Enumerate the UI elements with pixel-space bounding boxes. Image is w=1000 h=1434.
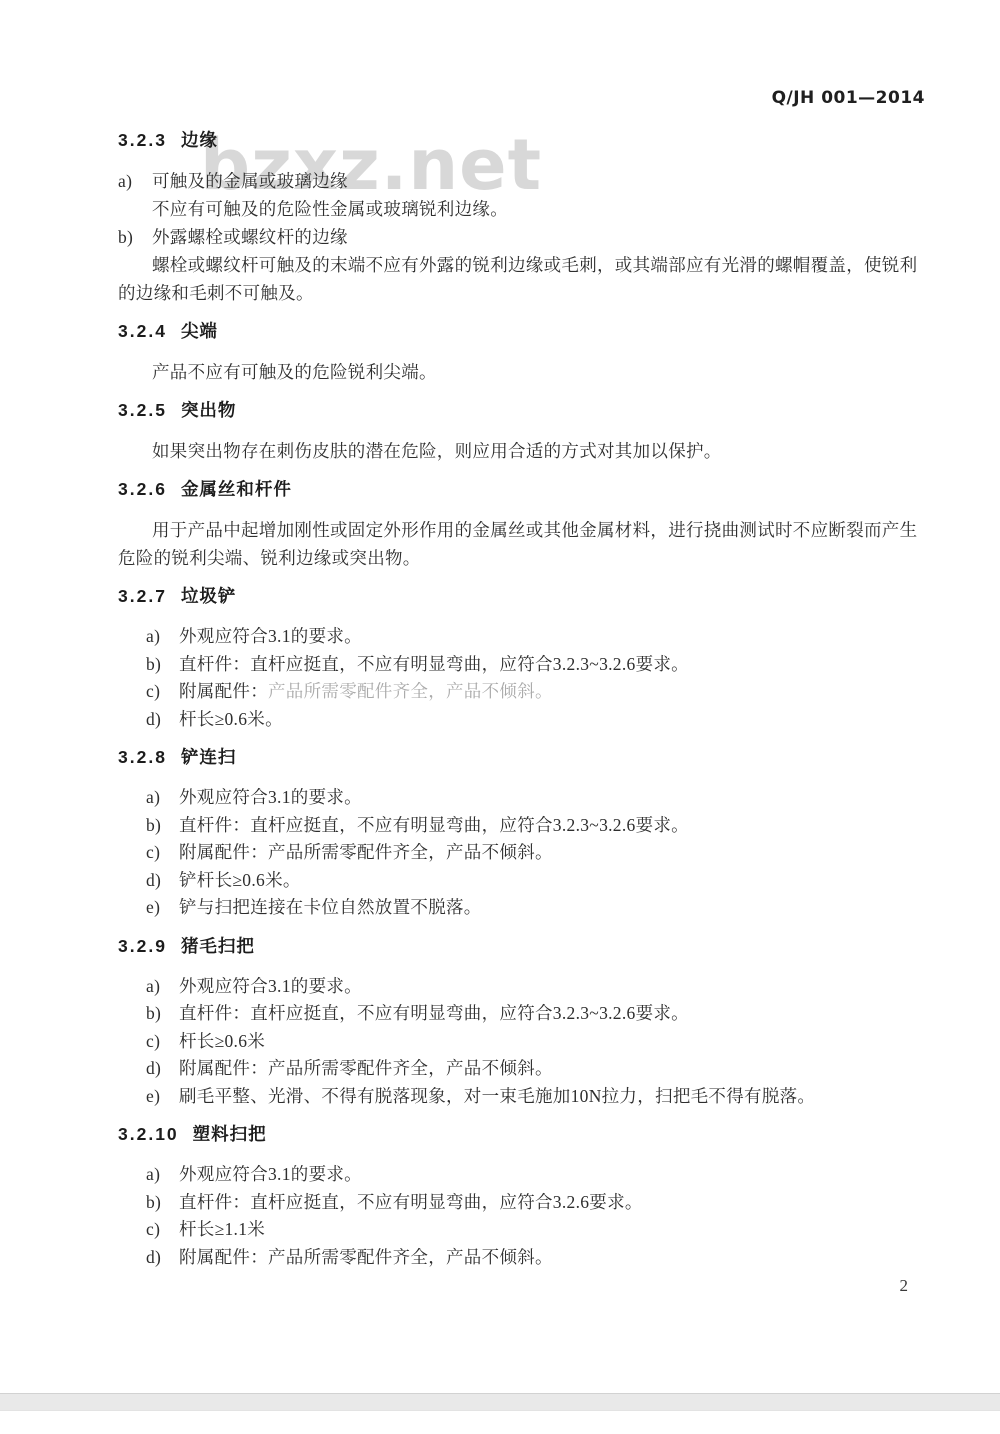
list-item: c)杆长≥1.1米 bbox=[146, 1216, 960, 1244]
page-number: 2 bbox=[900, 1276, 909, 1296]
section-heading: 3.2.9猪毛扫把 bbox=[118, 934, 1000, 958]
item-text: 附属配件：产品所需零配件齐全，产品不倾斜。 bbox=[179, 1058, 553, 1078]
item-text: 外观应符合3.1的要求。 bbox=[179, 787, 362, 807]
item-text: 外观应符合3.1的要求。 bbox=[179, 626, 362, 646]
list-item: c)附属配件：产品所需零配件齐全，产品不倾斜。 bbox=[146, 678, 960, 706]
paragraph: 产品不应有可触及的危险锐利尖端。 bbox=[118, 358, 934, 386]
section-title: 突出物 bbox=[181, 400, 237, 420]
item-text: 外观应符合3.1的要求。 bbox=[179, 976, 362, 996]
section: 3.2.8铲连扫a)外观应符合3.1的要求。b)直杆件：直杆应挺直，不应有明显弯… bbox=[0, 745, 1000, 922]
section-title: 塑料扫把 bbox=[193, 1124, 267, 1144]
item-text: 杆长≥0.6米 bbox=[179, 1031, 265, 1051]
list-item: a)外观应符合3.1的要求。 bbox=[146, 973, 960, 1001]
page-bottom-edge bbox=[0, 1393, 1000, 1411]
list-item: b)直杆件：直杆应挺直，不应有明显弯曲，应符合3.2.3~3.2.6要求。 bbox=[146, 651, 960, 679]
item-label: a) bbox=[146, 784, 179, 812]
section-title: 边缘 bbox=[181, 130, 218, 150]
item-label: d) bbox=[146, 867, 179, 895]
list-item: a)外观应符合3.1的要求。 bbox=[146, 623, 960, 651]
list-item: a)外观应符合3.1的要求。 bbox=[146, 784, 960, 812]
item-label: a) bbox=[146, 1161, 179, 1189]
item-label: a) bbox=[146, 623, 179, 651]
item-label: a) bbox=[118, 167, 152, 195]
item-label: c) bbox=[146, 1216, 179, 1244]
item-text: 附属配件： bbox=[179, 681, 268, 701]
section: 3.2.4尖端产品不应有可触及的危险锐利尖端。 bbox=[0, 319, 1000, 386]
section-number: 3.2.5 bbox=[118, 400, 167, 420]
item-label: d) bbox=[146, 706, 179, 734]
list-item: b)外露螺栓或螺纹杆的边缘 bbox=[118, 223, 1000, 251]
list-item: e)刷毛平整、光滑、不得有脱落现象，对一束毛施加10N拉力，扫把毛不得有脱落。 bbox=[146, 1083, 960, 1111]
list-item: b)直杆件：直杆应挺直，不应有明显弯曲，应符合3.2.3~3.2.6要求。 bbox=[146, 1000, 960, 1028]
section: 3.2.7垃圾铲a)外观应符合3.1的要求。b)直杆件：直杆应挺直，不应有明显弯… bbox=[0, 584, 1000, 733]
section-title: 铲连扫 bbox=[181, 747, 237, 767]
section: 3.2.5突出物如果突出物存在刺伤皮肤的潜在危险，则应用合适的方式对其加以保护。 bbox=[0, 398, 1000, 465]
section: 3.2.10塑料扫把a)外观应符合3.1的要求。b)直杆件：直杆应挺直，不应有明… bbox=[0, 1122, 1000, 1271]
scanned-document-page: Q/JH 001—2014 bzxz.net 3.2.3边缘a)可触及的金属或玻… bbox=[0, 0, 1000, 1434]
indented-line: 不应有可触及的危险性金属或玻璃锐利边缘。 bbox=[152, 195, 1000, 223]
section-heading: 3.2.3边缘 bbox=[118, 128, 1000, 152]
section-number: 3.2.8 bbox=[118, 747, 167, 767]
document-body: 3.2.3边缘a)可触及的金属或玻璃边缘不应有可触及的危险性金属或玻璃锐利边缘。… bbox=[0, 0, 1000, 1271]
section: 3.2.9猪毛扫把a)外观应符合3.1的要求。b)直杆件：直杆应挺直，不应有明显… bbox=[0, 934, 1000, 1111]
item-label: d) bbox=[146, 1244, 179, 1272]
item-label: c) bbox=[146, 678, 179, 706]
item-label: c) bbox=[146, 1028, 179, 1056]
section-number: 3.2.4 bbox=[118, 321, 167, 341]
section-heading: 3.2.8铲连扫 bbox=[118, 745, 1000, 769]
item-text: 可触及的金属或玻璃边缘 bbox=[152, 171, 348, 191]
section-heading: 3.2.6金属丝和杆件 bbox=[118, 477, 1000, 501]
item-label: b) bbox=[118, 223, 152, 251]
item-label: b) bbox=[146, 1000, 179, 1028]
list-item: b)直杆件：直杆应挺直，不应有明显弯曲，应符合3.2.3~3.2.6要求。 bbox=[146, 812, 960, 840]
item-text: 铲杆长≥0.6米。 bbox=[179, 870, 301, 890]
list-item: d)附属配件：产品所需零配件齐全，产品不倾斜。 bbox=[146, 1244, 960, 1272]
item-text: 直杆件：直杆应挺直，不应有明显弯曲，应符合3.2.3~3.2.6要求。 bbox=[179, 815, 689, 835]
section-title: 猪毛扫把 bbox=[181, 936, 255, 956]
section-title: 垃圾铲 bbox=[181, 586, 237, 606]
document-code: Q/JH 001—2014 bbox=[772, 88, 925, 108]
list-item: a)外观应符合3.1的要求。 bbox=[146, 1161, 960, 1189]
section-heading: 3.2.5突出物 bbox=[118, 398, 1000, 422]
list-item: e)铲与扫把连接在卡位自然放置不脱落。 bbox=[146, 894, 960, 922]
section-number: 3.2.9 bbox=[118, 936, 167, 956]
item-label: c) bbox=[146, 839, 179, 867]
item-text-faded: 产品所需零配件齐全，产品不倾斜。 bbox=[268, 681, 553, 701]
list-item: b)直杆件：直杆应挺直，不应有明显弯曲，应符合3.2.6要求。 bbox=[146, 1189, 960, 1217]
item-text: 刷毛平整、光滑、不得有脱落现象，对一束毛施加10N拉力，扫把毛不得有脱落。 bbox=[179, 1086, 815, 1106]
item-label: b) bbox=[146, 651, 179, 679]
section: 3.2.6金属丝和杆件用于产品中起增加刚性或固定外形作用的金属丝或其他金属材料，… bbox=[0, 477, 1000, 572]
item-text: 杆长≥1.1米 bbox=[179, 1219, 265, 1239]
section-number: 3.2.10 bbox=[118, 1124, 179, 1144]
item-text: 铲与扫把连接在卡位自然放置不脱落。 bbox=[179, 897, 482, 917]
section-heading: 3.2.7垃圾铲 bbox=[118, 584, 1000, 608]
section-title: 尖端 bbox=[181, 321, 218, 341]
list-item: c)杆长≥0.6米 bbox=[146, 1028, 960, 1056]
list-item: c)附属配件：产品所需零配件齐全，产品不倾斜。 bbox=[146, 839, 960, 867]
item-label: d) bbox=[146, 1055, 179, 1083]
item-text: 直杆件：直杆应挺直，不应有明显弯曲，应符合3.2.6要求。 bbox=[179, 1192, 643, 1212]
paragraph: 如果突出物存在刺伤皮肤的潜在危险，则应用合适的方式对其加以保护。 bbox=[118, 437, 934, 465]
section-number: 3.2.3 bbox=[118, 130, 167, 150]
item-label: e) bbox=[146, 894, 179, 922]
item-text: 外观应符合3.1的要求。 bbox=[179, 1164, 362, 1184]
list-item: d)杆长≥0.6米。 bbox=[146, 706, 960, 734]
item-text: 直杆件：直杆应挺直，不应有明显弯曲，应符合3.2.3~3.2.6要求。 bbox=[179, 1003, 689, 1023]
item-label: e) bbox=[146, 1083, 179, 1111]
section: 3.2.3边缘a)可触及的金属或玻璃边缘不应有可触及的危险性金属或玻璃锐利边缘。… bbox=[0, 128, 1000, 307]
item-label: b) bbox=[146, 1189, 179, 1217]
item-text: 杆长≥0.6米。 bbox=[179, 709, 283, 729]
list-item: d)铲杆长≥0.6米。 bbox=[146, 867, 960, 895]
section-number: 3.2.6 bbox=[118, 479, 167, 499]
list-item: a)可触及的金属或玻璃边缘 bbox=[118, 167, 1000, 195]
paragraph: 用于产品中起增加刚性或固定外形作用的金属丝或其他金属材料，进行挠曲测试时不应断裂… bbox=[118, 516, 934, 572]
item-text: 直杆件：直杆应挺直，不应有明显弯曲，应符合3.2.3~3.2.6要求。 bbox=[179, 654, 689, 674]
paragraph: 螺栓或螺纹杆可触及的末端不应有外露的锐利边缘或毛刺，或其端部应有光滑的螺帽覆盖，… bbox=[118, 251, 934, 307]
section-title: 金属丝和杆件 bbox=[181, 479, 292, 499]
section-heading: 3.2.10塑料扫把 bbox=[118, 1122, 1000, 1146]
item-text: 外露螺栓或螺纹杆的边缘 bbox=[152, 227, 348, 247]
item-label: a) bbox=[146, 973, 179, 1001]
list-item: d)附属配件：产品所需零配件齐全，产品不倾斜。 bbox=[146, 1055, 960, 1083]
section-number: 3.2.7 bbox=[118, 586, 167, 606]
item-text: 附属配件：产品所需零配件齐全，产品不倾斜。 bbox=[179, 1247, 553, 1267]
item-label: b) bbox=[146, 812, 179, 840]
item-text: 附属配件：产品所需零配件齐全，产品不倾斜。 bbox=[179, 842, 553, 862]
section-heading: 3.2.4尖端 bbox=[118, 319, 1000, 343]
